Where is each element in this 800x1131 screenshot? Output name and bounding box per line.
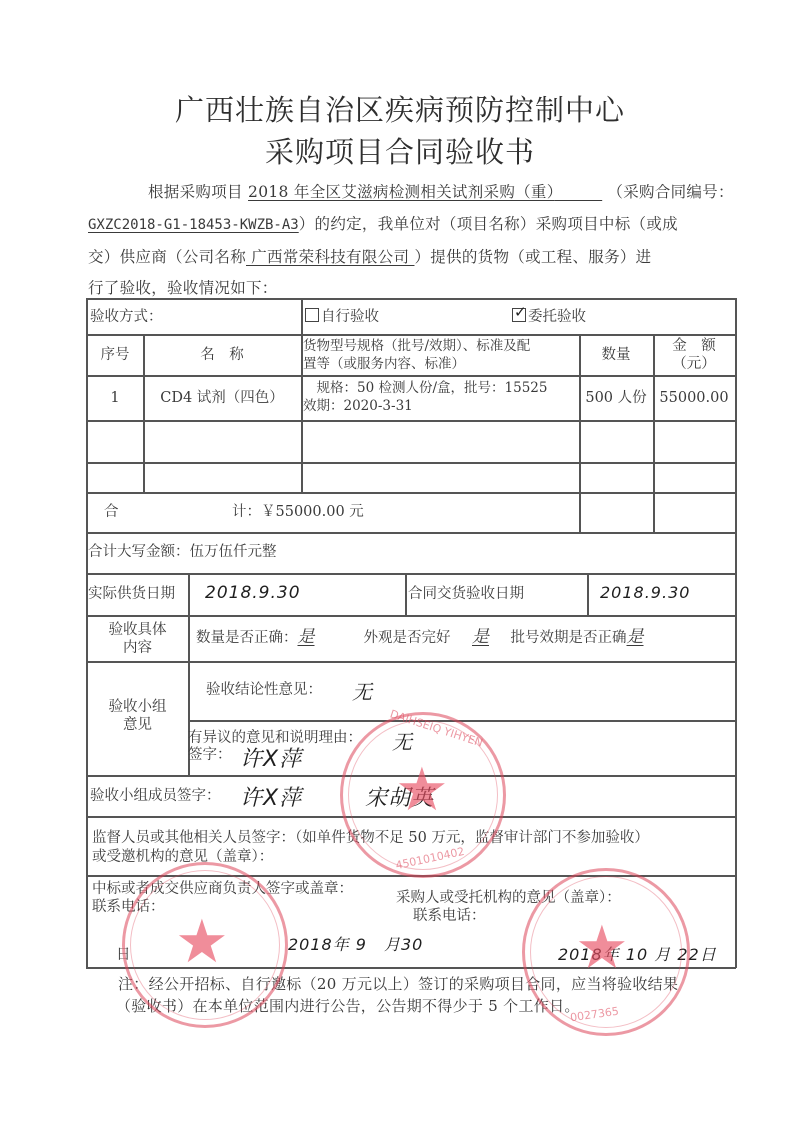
seal-1-number: 4501010402 [394, 845, 465, 872]
intro-prefix: 根据采购项目 [148, 183, 243, 201]
actual-date-label: 实际供货日期 [88, 585, 175, 603]
members-label: 验收小组成员签字： [90, 787, 221, 805]
delegated-acceptance-option[interactable]: 委托验收 [512, 308, 586, 326]
header-name: 名 称 [143, 346, 301, 364]
sign-label: 签字： [188, 746, 232, 764]
self-acceptance-label: 自行验收 [321, 309, 379, 325]
row-1-qty: 500 人份 [579, 389, 653, 407]
self-acceptance-option[interactable]: 自行验收 [305, 308, 379, 326]
detail-checks: 数量是否正确：是外观是否完好是批号效期是否正确是 [196, 628, 687, 647]
header-amount: 金 额 （元） [653, 337, 735, 373]
conclusion-label: 验收结论性意见： [206, 681, 322, 699]
batch-label: 批号效期是否正确 [511, 630, 627, 646]
buyer-date-handwritten: 2018年 10 月 22日 [558, 942, 717, 965]
total-in-words: 合计大写金额：伍万伍仟元整 [88, 543, 277, 561]
buyer-phone-label: 联系电话： [413, 907, 486, 925]
detail-label-line-1: 验收具体 [87, 621, 188, 639]
group-label-line-2: 意见 [87, 716, 188, 734]
supplier-label: 交）供应商（公司名称 [88, 248, 246, 266]
appearance-label: 外观是否完好 [364, 630, 451, 646]
buyer-opinion-label: 采购人或受托机构的意见（盖章）： [396, 889, 621, 907]
method-label: 验收方式： [90, 308, 163, 326]
row-1-seq: 1 [87, 389, 143, 407]
intro-line-3: 交）供应商（公司名称 广西常荣科技有限公司 ）提供的货物（或工程、服务）进 [88, 245, 652, 267]
header-spec: 货物型号规格（批号/效期）、标准及配 置等（或服务内容、标准） [303, 337, 530, 373]
header-spec-line-1: 货物型号规格（批号/效期）、标准及配 [303, 337, 530, 355]
appearance-value: 是 [451, 628, 511, 646]
qty-correct-label: 数量是否正确： [196, 630, 298, 646]
sign-handwritten: 许X萍 [240, 742, 302, 773]
total-label: 合 [104, 503, 119, 521]
intro-line-2: GXZC2018-G1-18453-KWZB-A3）的约定，我单位对（项目名称）… [88, 212, 678, 234]
intro-line-2-text: ）的约定，我单位对（项目名称）采购项目中标（或成 [299, 215, 678, 233]
supplier-day-label: 日 [116, 946, 131, 964]
member-signature-1: 许X萍 [240, 781, 302, 812]
member-signature-2: 宋胡英 [365, 781, 434, 812]
group-opinion-label: 验收小组 意见 [87, 698, 188, 734]
supplier-sign-label: 中标或者成交供应商负责人签字或盖章： [92, 880, 353, 898]
supervisor-line-1: 监督人员或其他相关人员签字：（如单件货物不足 50 万元，监督审计部门不参加验收… [92, 829, 649, 847]
supplier-phone-label: 联系电话： [92, 898, 165, 916]
supervisor-line-2: 或受邀机构的意见（盖章）： [92, 848, 273, 866]
seal-star-icon-2: ★ [175, 912, 229, 972]
row-1-spec-line-2: 效期：2020-3-31 [303, 397, 547, 415]
group-label-line-1: 验收小组 [87, 698, 188, 716]
note-line-2: （验收书）在本单位范围内进行公告，公告期不得少于 5 个工作日。 [116, 995, 580, 1016]
supplier-date-handwritten: 2018年 9 月30 [288, 932, 423, 955]
contract-date-label: 合同交货验收日期 [408, 585, 524, 603]
detail-label: 验收具体 内容 [87, 621, 188, 657]
row-1-name: CD4 试剂（四色） [143, 389, 301, 407]
intro-line-1: 根据采购项目 2018 年全区艾滋病检测相关试剂采购（重） （采购合同编号： [148, 180, 734, 202]
org-title: 广西壮族自治区疾病预防控制中心 [0, 88, 800, 129]
header-amount-line-1: 金 额 [653, 337, 735, 355]
header-qty: 数量 [579, 346, 653, 364]
checkbox-delegated-checked[interactable] [512, 308, 526, 322]
contract-number: GXZC2018-G1-18453-KWZB-A3 [88, 217, 299, 233]
intro-line-3-text: ）提供的货物（或工程、服务）进 [414, 248, 651, 266]
checkbox-self[interactable] [305, 308, 319, 322]
conclusion-handwritten: 无 [352, 676, 373, 705]
supplier-name: 广西常荣科技有限公司 [246, 248, 414, 266]
detail-label-line-2: 内容 [87, 639, 188, 657]
contract-date-handwritten: 2018.9.30 [600, 583, 690, 602]
actual-date-handwritten: 2018.9.30 [205, 583, 301, 603]
document-title: 采购项目合同验收书 [0, 130, 800, 171]
project-name: 2018 年全区艾滋病检测相关试剂采购（重） [248, 183, 555, 201]
intro-line-4: 行了验收，验收情况如下： [88, 276, 278, 298]
note-line-1: 注：经公开招标、自行邀标（20 万元以上）签订的采购项目合同，应当将验收结果 [118, 973, 678, 994]
delegated-acceptance-label: 委托验收 [528, 309, 586, 325]
row-1-amount: 55000.00 [653, 389, 735, 407]
batch-value: 是 [627, 628, 687, 646]
objection-handwritten: 无 [392, 726, 413, 755]
row-1-spec: 规格：50 检测人份/盒，批号：15525 效期：2020-3-31 [303, 379, 547, 415]
header-amount-line-2: （元） [653, 355, 735, 373]
header-seq: 序号 [87, 346, 143, 364]
total-value: 计：￥55000.00 元 [232, 503, 364, 521]
contract-no-label: （采购合同编号： [607, 183, 733, 201]
header-spec-line-2: 置等（或服务内容、标准） [303, 355, 530, 373]
row-1-spec-line-1: 规格：50 检测人份/盒，批号：15525 [303, 379, 547, 397]
qty-correct-value: 是 [298, 628, 364, 646]
